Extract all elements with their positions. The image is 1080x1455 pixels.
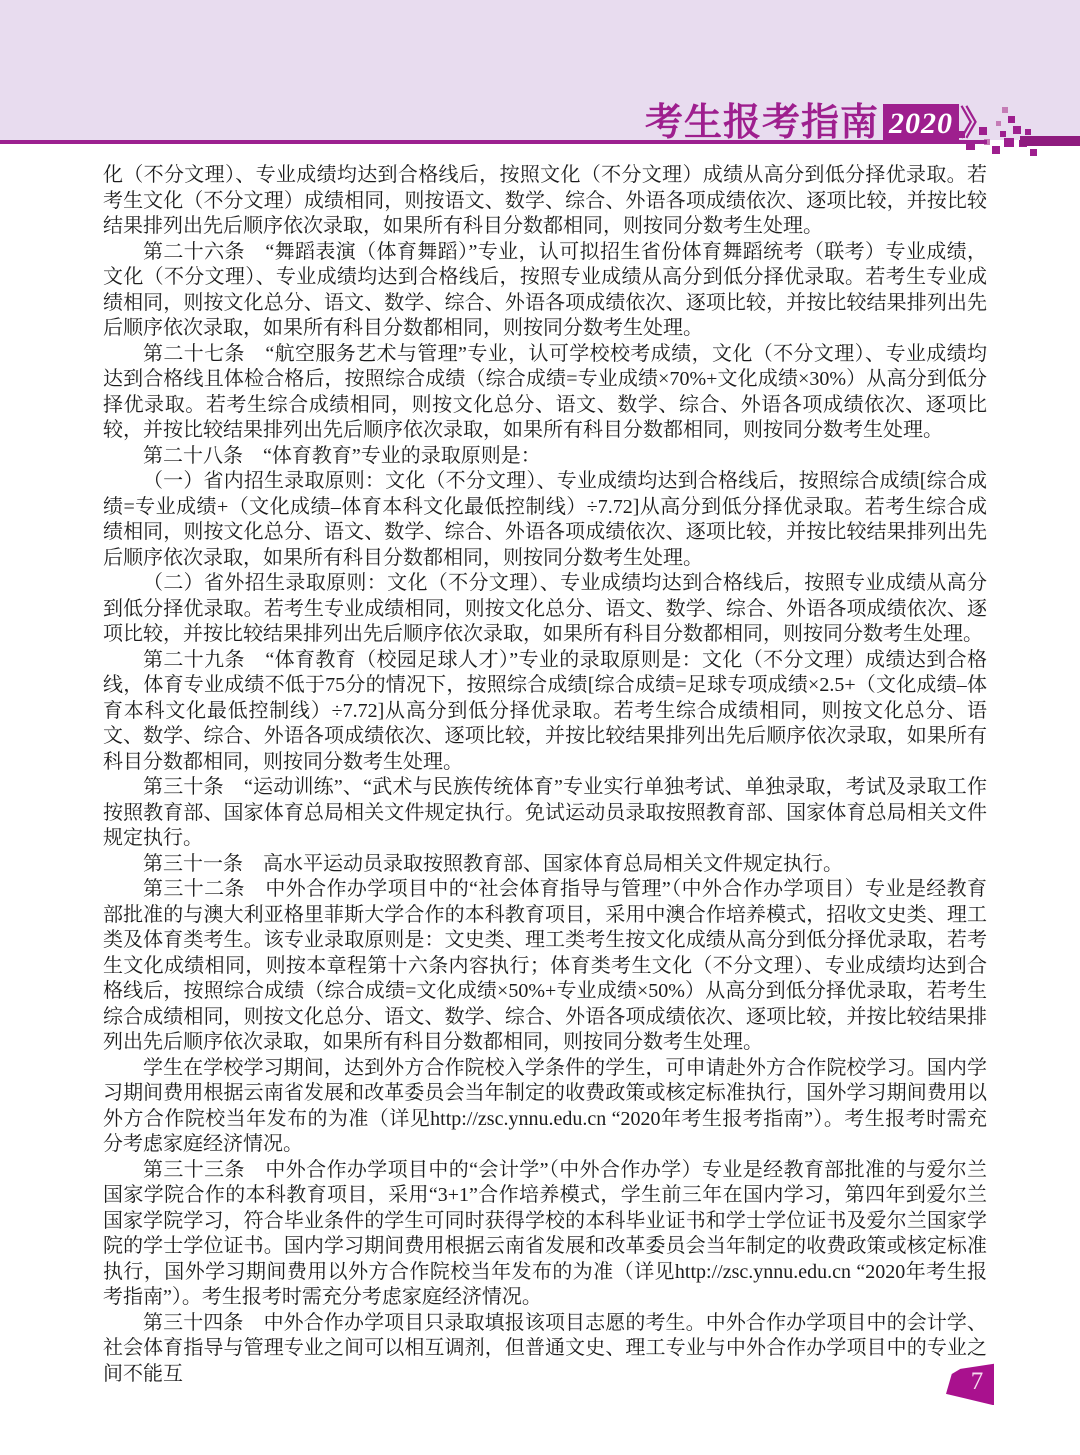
header-title-block: 考生报考指南 2020 》 bbox=[645, 101, 994, 143]
year-badge: 2020 bbox=[883, 104, 959, 143]
header-rule bbox=[0, 140, 987, 144]
chevron-right-icon: 》 bbox=[960, 105, 994, 143]
page-number: 7 bbox=[957, 1368, 984, 1400]
paragraph-article-27: 第二十七条 “航空服务艺术与管理”专业，认可学校校考成绩，文化（不分文理）、专业… bbox=[103, 342, 987, 444]
pixel-decoration-icon bbox=[0, 0, 1080, 170]
paragraph-article-28: 第二十八条 “体育教育”专业的录取原则是： bbox=[103, 444, 987, 470]
document-page: 考生报考指南 2020 》 化（不分文理）、专业成绩均达到合格线后，按照文化（不… bbox=[0, 0, 1080, 1455]
paragraph-article-28-item-2: （二）省外招生录取原则：文化（不分文理）、专业成绩均达到合格线后，按照专业成绩从… bbox=[103, 571, 987, 648]
paragraph-article-26: 第二十六条 “舞蹈表演（体育舞蹈）”专业，认可拟招生省份体育舞蹈统考（联考）专业… bbox=[103, 240, 987, 342]
paragraph-article-31: 第三十一条 高水平运动员录取按照教育部、国家体育总局相关文件规定执行。 bbox=[103, 852, 987, 878]
paragraph-article-30: 第三十条 “运动训练”、“武术与民族传统体育”专业实行单独考试、单独录取，考试及… bbox=[103, 775, 987, 852]
paragraph-article-29: 第二十九条 “体育教育（校园足球人才）”专业的录取原则是：文化（不分文理）成绩达… bbox=[103, 648, 987, 776]
guide-title: 考生报考指南 bbox=[645, 103, 879, 143]
paragraph-article-32-note: 学生在学校学习期间，达到外方合作院校入学条件的学生，可申请赴外方合作院校学习。国… bbox=[103, 1056, 987, 1158]
document-body: 化（不分文理）、专业成绩均达到合格线后，按照文化（不分文理）成绩从高分到低分择优… bbox=[103, 163, 987, 1387]
paragraph-article-33: 第三十三条 中外合作办学项目中的“会计学”（中外合作办学）专业是经教育部批准的与… bbox=[103, 1158, 987, 1311]
paragraph-article-34: 第三十四条 中外合作办学项目只录取填报该项目志愿的考生。中外合作办学项目中的会计… bbox=[103, 1311, 987, 1388]
paragraph-article-28-item-1: （一）省内招生录取原则：文化（不分文理）、专业成绩均达到合格线后，按照综合成绩[… bbox=[103, 469, 987, 571]
paragraph-article-32: 第三十二条 中外合作办学项目中的“社会体育指导与管理”（中外合作办学项目）专业是… bbox=[103, 877, 987, 1056]
header-rule-right bbox=[1020, 136, 1080, 146]
paragraph-continuation: 化（不分文理）、专业成绩均达到合格线后，按照文化（不分文理）成绩从高分到低分择优… bbox=[103, 163, 987, 240]
page-header: 考生报考指南 2020 》 bbox=[0, 0, 1080, 140]
